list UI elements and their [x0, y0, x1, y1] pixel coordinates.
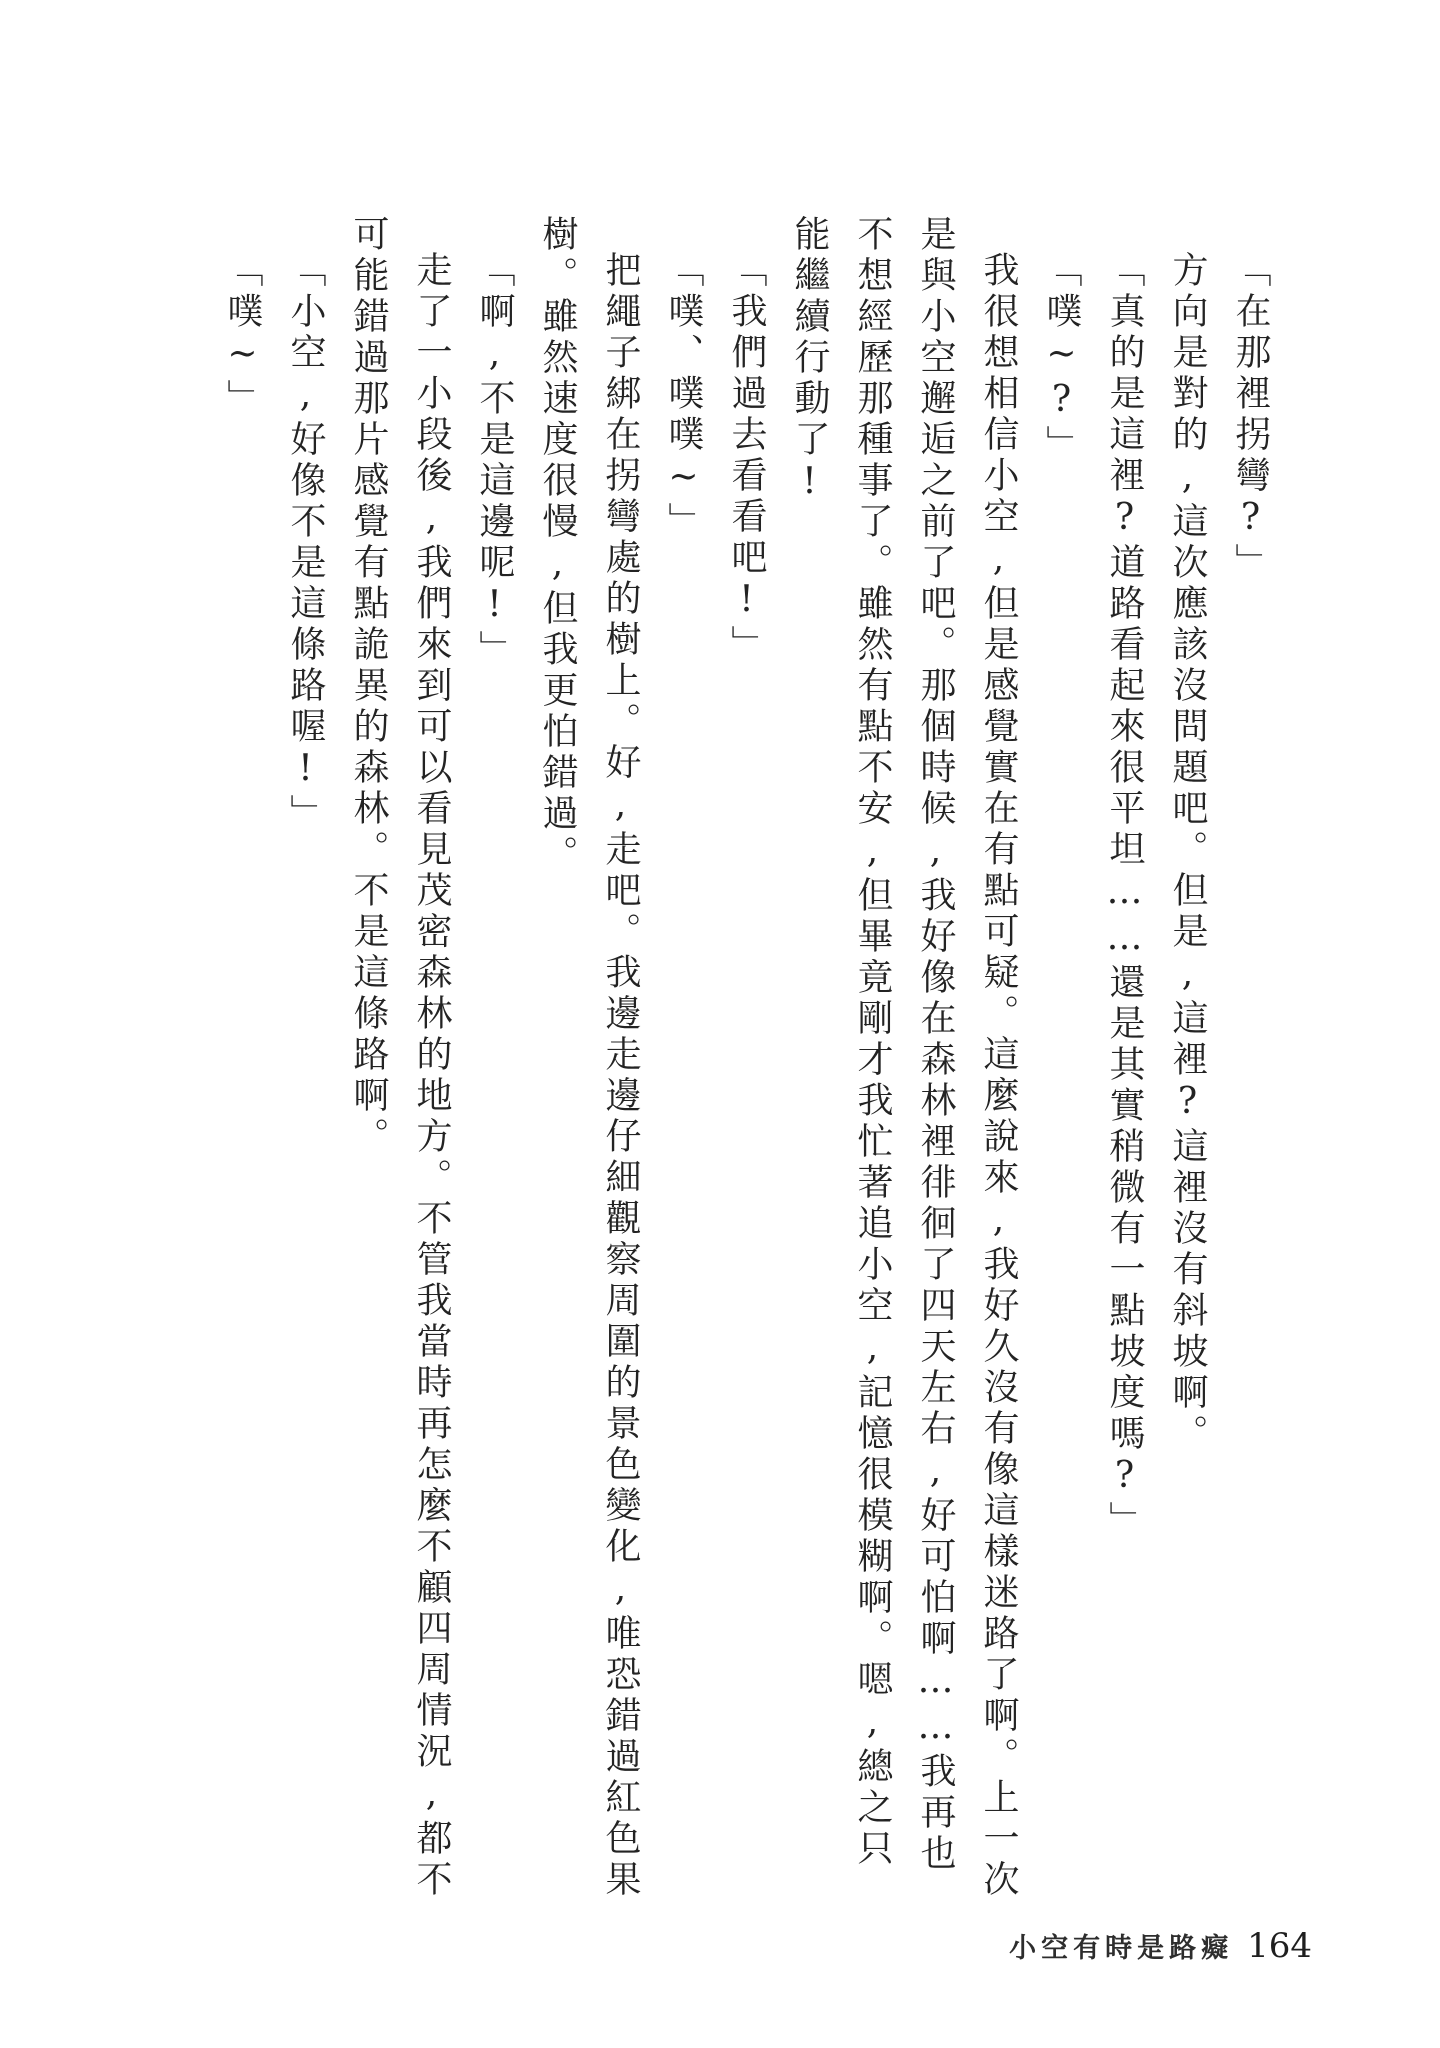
footer-book-title: 小空有時是路癡 [1009, 1926, 1233, 1965]
book-page: 「在那裡拐彎?」 方向是對的,這次應該沒問題吧。但是,這裡?這裡沒有斜坡啊。 「… [0, 0, 1440, 2048]
paragraph: 「小空,好像不是這條路喔!」 [274, 215, 337, 1905]
footer-page-number: 164 [1247, 1926, 1312, 1966]
vertical-text-block: 「在那裡拐彎?」 方向是對的,這次應該沒問題吧。但是,這裡?這裡沒有斜坡啊。 「… [211, 215, 1282, 1905]
paragraph: 「啊,不是這邊呢!」 [463, 215, 526, 1905]
paragraph: 「噗、噗噗~」 [652, 215, 715, 1905]
paragraph: 「在那裡拐彎?」 [1219, 215, 1282, 1905]
paragraph: 我很想相信小空,但是感覺實在有點可疑。這麼說來,我好久沒有像這樣迷路了啊。上一次… [778, 215, 1030, 1905]
paragraph: 「我們過去看看吧!」 [715, 215, 778, 1905]
paragraph: 走了一小段後,我們來到可以看見茂密森林的地方。不管我當時再怎麼不顧四周情況,都不… [337, 215, 463, 1905]
paragraph: 方向是對的,這次應該沒問題吧。但是,這裡?這裡沒有斜坡啊。 [1156, 215, 1219, 1905]
paragraph: 「噗~」 [211, 215, 274, 1905]
paragraph: 「真的是這裡?道路看起來很平坦……還是其實稍微有一點坡度嗎?」 [1093, 215, 1156, 1905]
paragraph: 「噗~?」 [1030, 215, 1093, 1905]
paragraph: 把繩子綁在拐彎處的樹上。好,走吧。我邊走邊仔細觀察周圍的景色變化,唯恐錯過紅色果… [526, 215, 652, 1905]
page-footer: 小空有時是路癡 164 [1009, 1926, 1312, 1966]
